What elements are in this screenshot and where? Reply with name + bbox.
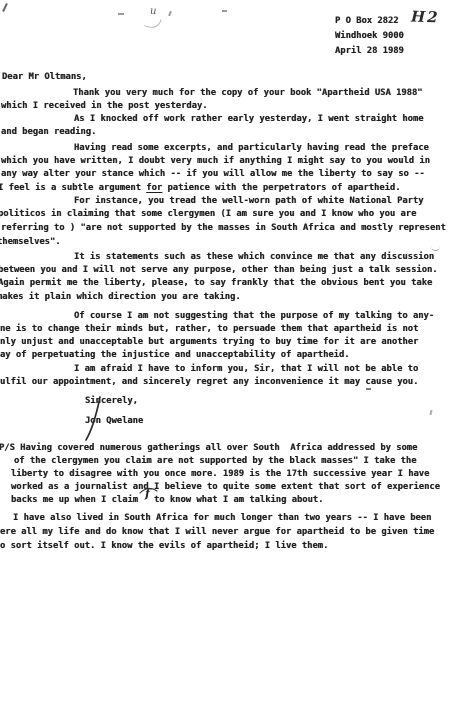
letter-line: which you have written, I doubt very muc… [1, 156, 430, 166]
letter-line: referring to ) "are not supported by the… [1, 223, 446, 233]
letter-line: politicos in claiming that some clergyme… [0, 209, 416, 219]
letter-line: ay of perpetuating the injustice and una… [0, 350, 350, 360]
handwritten-stray-letter: u [150, 6, 156, 17]
letter-line: nly unjust and unacceptable but argument… [0, 337, 418, 347]
pen-arc-mark [143, 17, 161, 29]
letter-page: H2 u P O Box 2822 Windhoek 9000 April 28… [0, 0, 450, 719]
letter-line: For instance, you tread the well-worn pa… [74, 196, 424, 206]
letter-line: any way alter your stance which -- if yo… [1, 169, 425, 179]
letter-line: liberty to disagree with you once more. … [11, 469, 429, 479]
letter-line: ne is to change their minds but, rather,… [0, 324, 418, 334]
salutation: Dear Mr Oltmans, [2, 72, 87, 82]
letter-line: and began reading. [1, 127, 96, 137]
scan-artifact-mark [366, 388, 371, 390]
letter-line: ulfil our appointment, and sincerely reg… [0, 377, 418, 387]
letter-line: worked as a journalist and I believe to … [11, 482, 440, 492]
letter-line: I feel is a subtle argument for patience… [0, 183, 401, 193]
letter-date: April 28 1989 [335, 46, 404, 56]
letter-line: of the clergymen you claim are not suppo… [14, 456, 417, 466]
letter-line: Of course I am not suggesting that the p… [74, 311, 434, 321]
letter-line: which I received in the post yesterday. [1, 101, 208, 111]
letter-line: Having read some excerpts, and particula… [74, 143, 429, 153]
letter-line: I am afraid I have to inform you, Sir, t… [74, 364, 418, 374]
letter-line: P/S Having covered numerous gatherings a… [0, 443, 417, 453]
handwritten-page-number: H2 [411, 8, 440, 27]
letter-line: makes it plain which direction you are t… [0, 292, 241, 302]
letter-line: themselves". [0, 237, 61, 247]
letter-line: It is statements such as these which con… [74, 252, 434, 262]
pen-tick-mark [168, 11, 171, 16]
signature-pen-stroke [82, 394, 108, 444]
pen-dash-mark [222, 10, 227, 12]
underlined-word: for [146, 183, 162, 193]
insertion-arc-mark [139, 485, 159, 497]
letter-line: Thank you very much for the copy of your… [73, 88, 423, 98]
scan-artifact-mark [429, 410, 432, 415]
letter-line: ere all my life and do know that I will … [0, 527, 434, 537]
letter-line: I have also lived in South Africa for mu… [13, 513, 431, 523]
letter-line: backs me up when I claim to know what I … [11, 495, 323, 505]
letter-line: o sort itself out. I know the evils of a… [0, 541, 328, 551]
scan-artifact-mark [431, 245, 440, 251]
letter-line: As I knocked off work rather early yeste… [74, 114, 424, 124]
scan-corner-mark [2, 3, 8, 12]
letter-line: Again permit me the liberty, please, to … [0, 278, 432, 288]
pen-dash-mark [118, 13, 124, 15]
letter-line: between you and I will not serve any pur… [0, 265, 438, 275]
return-address-pobox: P O Box 2822 [335, 16, 399, 26]
return-address-city: Windhoek 9000 [335, 31, 404, 41]
